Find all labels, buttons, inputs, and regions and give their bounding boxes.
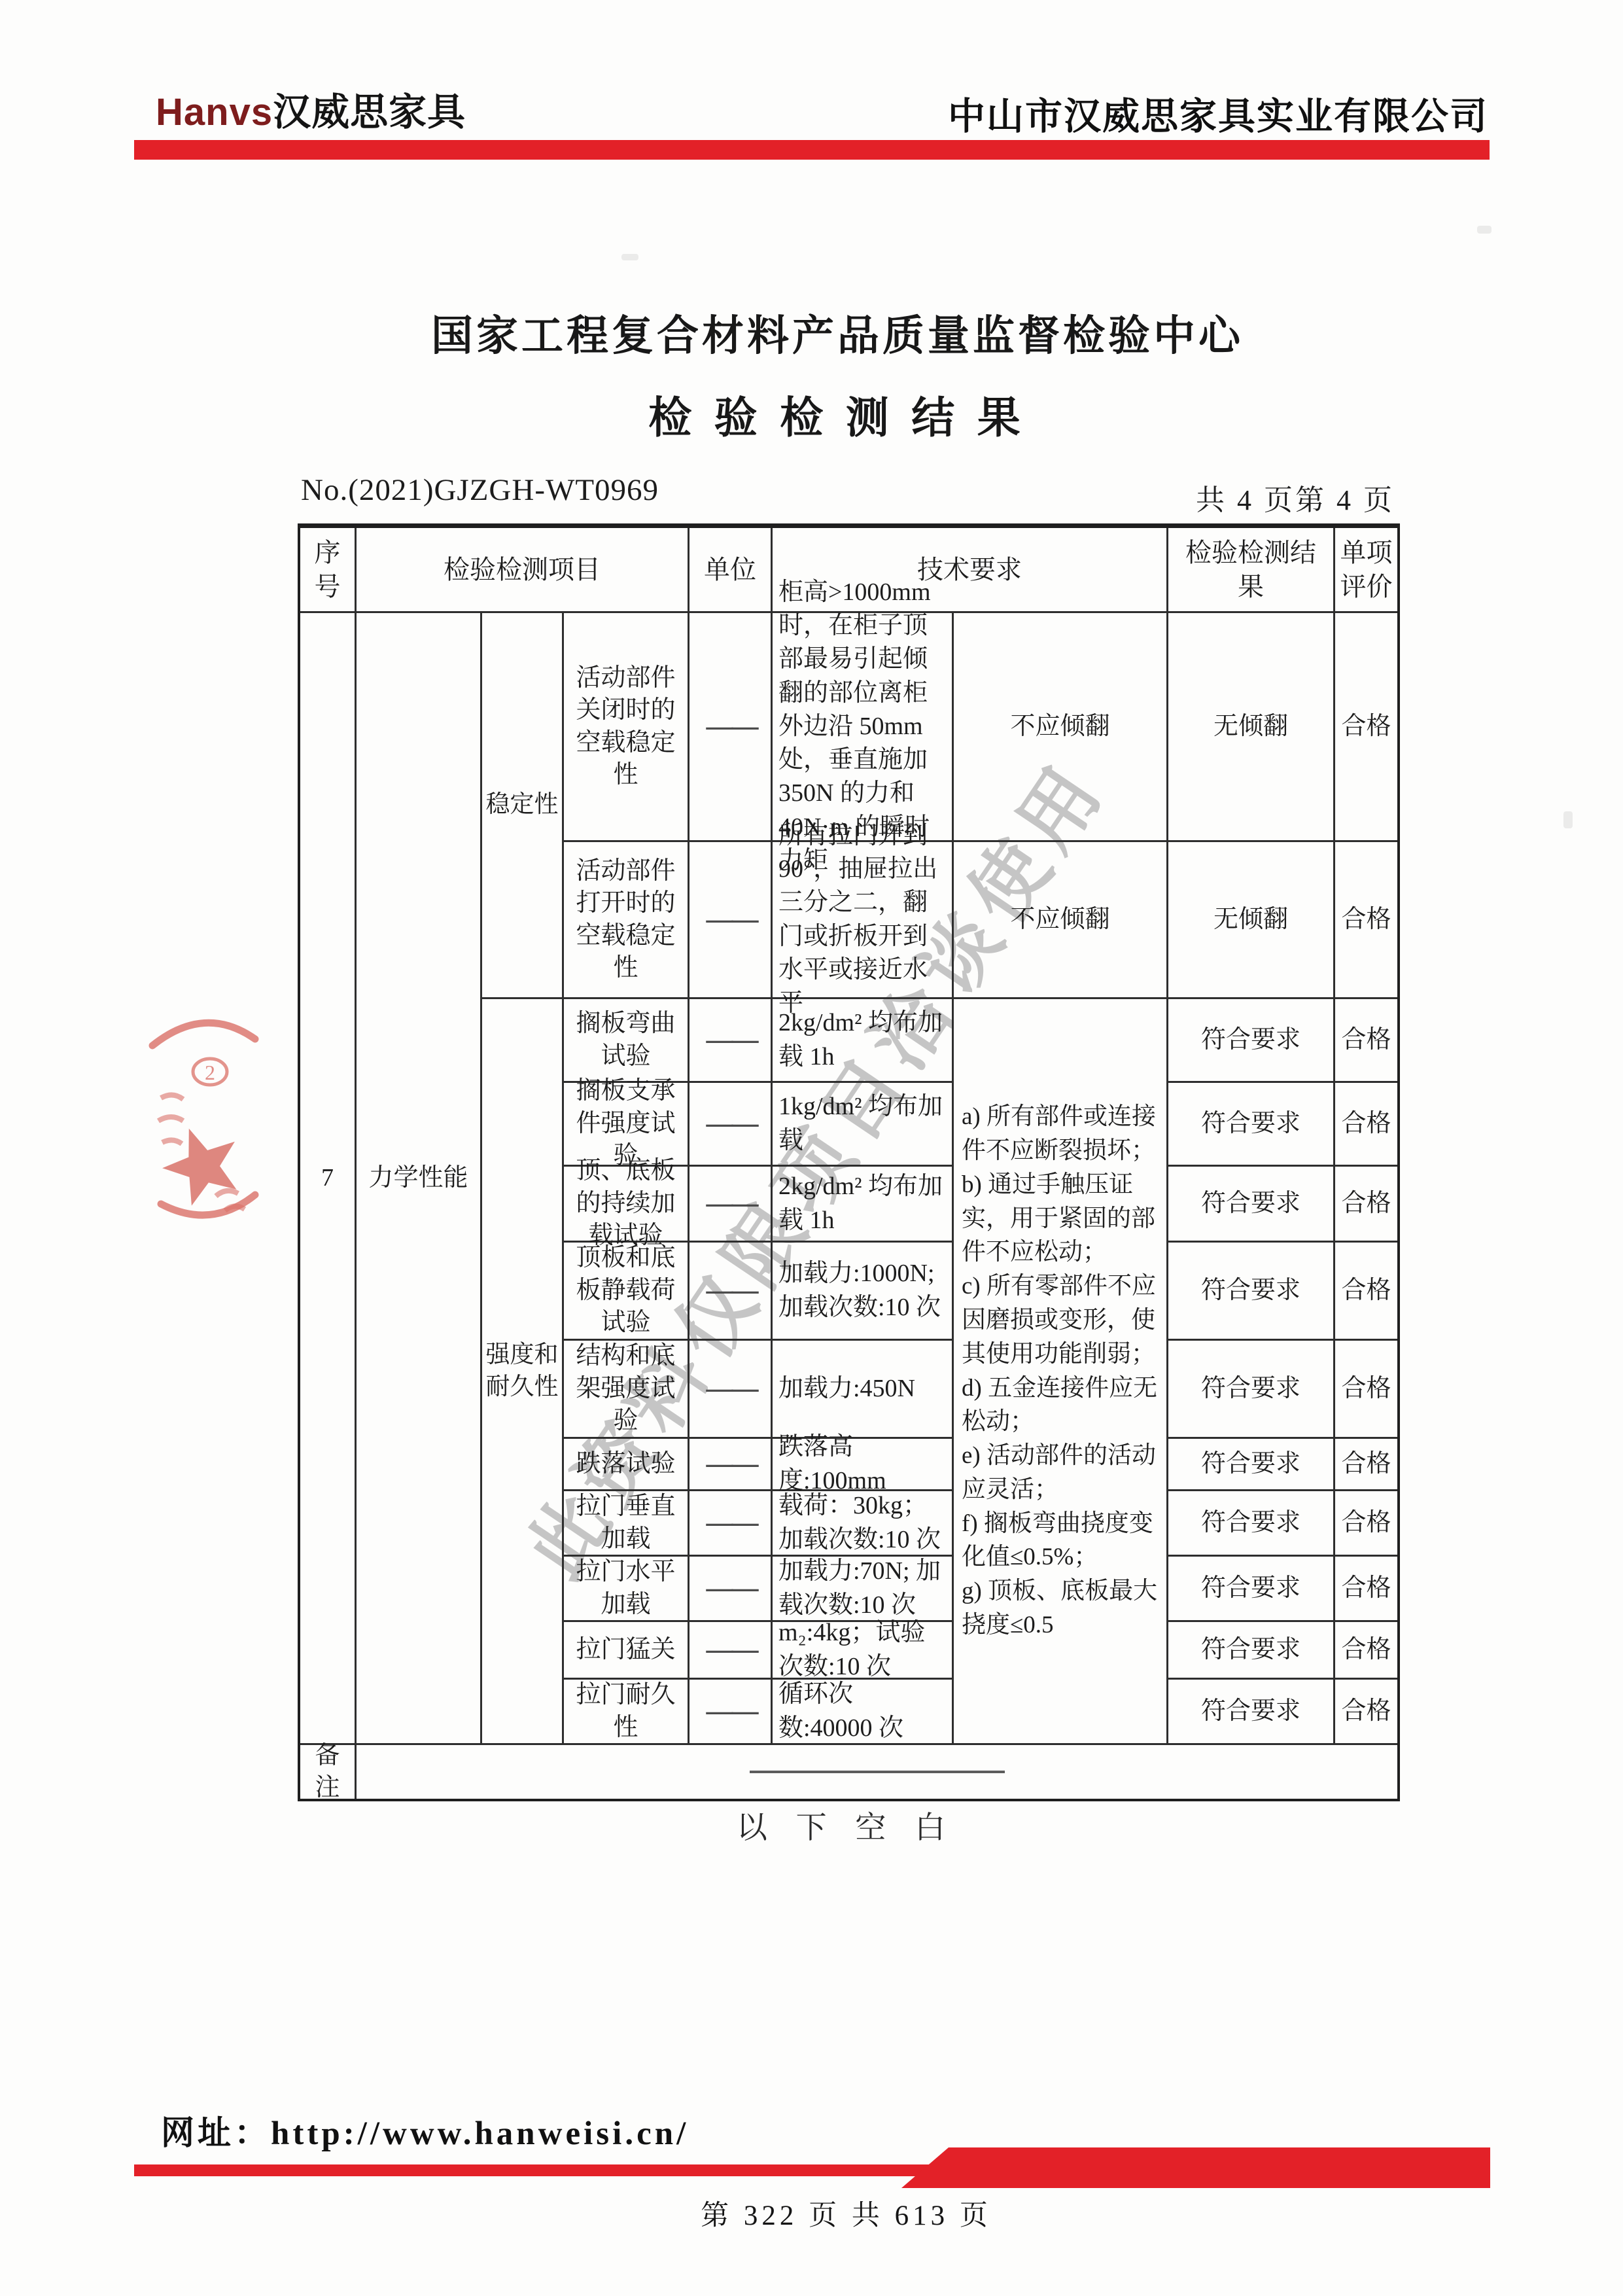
table-row-item: 拉门猛关 bbox=[564, 1622, 689, 1680]
table-row-evaluation: 合格 bbox=[1335, 1341, 1397, 1439]
result-title: 检 验 检 测 结 果 bbox=[327, 383, 1348, 445]
logo-latin-text: Hanvs bbox=[156, 91, 273, 133]
unit-dash: —— bbox=[689, 1622, 773, 1680]
table-row-spec: 加载力:1000N; 加载次数:10 次 bbox=[773, 1243, 954, 1341]
table-row-evaluation: 合格 bbox=[1335, 999, 1397, 1083]
unit-dash: —— bbox=[689, 1439, 773, 1491]
footer-red-ribbon bbox=[901, 2147, 1490, 2188]
table-row-result: 符合要求 bbox=[1168, 1167, 1335, 1243]
table-row-spec: 柜高>1000mm 时，在柜子顶部最易引起倾翻的部位离柜外边沿 50mm 处，垂… bbox=[773, 613, 954, 842]
table-row-spec: 跌落高度:100mm bbox=[773, 1439, 954, 1491]
table-row-result: 符合要求 bbox=[1168, 1341, 1335, 1439]
group-strength-cell: 强度和耐久性 bbox=[482, 999, 564, 1745]
blank-below-note: 以 下 空 白 bbox=[298, 1803, 1395, 1847]
red-seal-stamp: 2 bbox=[143, 1000, 264, 1229]
table-row-result: 符合要求 bbox=[1168, 1622, 1335, 1680]
table-row-item: 跌落试验 bbox=[564, 1439, 689, 1491]
footer-red-line bbox=[134, 2164, 952, 2176]
table-row-spec: 载荷：30kg；加载次数:10 次 bbox=[773, 1491, 954, 1557]
unit-dash: —— bbox=[689, 1491, 773, 1557]
dash-glyph: —— bbox=[705, 1445, 756, 1484]
table-row-item: 搁板弯曲试验 bbox=[564, 999, 689, 1083]
table-row-evaluation: 合格 bbox=[1335, 1491, 1397, 1557]
scan-smudge bbox=[1477, 226, 1492, 234]
col-header-evaluation: 单项评价 bbox=[1335, 528, 1397, 613]
table-row-item: 活动部件打开时的空载稳定性 bbox=[564, 842, 689, 999]
unit-dash: —— bbox=[689, 1341, 773, 1439]
dash-glyph: —— bbox=[705, 707, 756, 747]
dash-glyph: —— bbox=[705, 1184, 756, 1224]
unit-dash: —— bbox=[689, 842, 773, 999]
col-header-unit: 单位 bbox=[689, 528, 773, 613]
table-row-spec: 循环次数:40000 次 bbox=[773, 1680, 954, 1745]
table-row-evaluation: 合格 bbox=[1335, 1243, 1397, 1341]
col-header-result: 检验检测结果 bbox=[1168, 528, 1335, 613]
table-row-result: 符合要求 bbox=[1168, 1083, 1335, 1167]
logo-cjk-text: 汉威思家具 bbox=[273, 91, 466, 133]
table-row-result: 符合要求 bbox=[1168, 1243, 1335, 1341]
dash-glyph: —— bbox=[705, 900, 756, 940]
unit-dash: —— bbox=[689, 1243, 773, 1341]
unit-dash: —— bbox=[689, 613, 773, 842]
table-row-item: 拉门垂直加载 bbox=[564, 1491, 689, 1557]
table-row-item: 搁板支承件强度试验 bbox=[564, 1083, 689, 1167]
table-row-requirement: 不应倾翻 bbox=[954, 842, 1168, 999]
col-header-item: 检验检测项目 bbox=[357, 528, 689, 613]
table-row-item: 顶、底板的持续加载试验 bbox=[564, 1167, 689, 1243]
brand-header: Hanvs汉威思家具 中山市汉威思家具实业有限公司 bbox=[0, 0, 1623, 140]
center-name-title: 国家工程复合材料产品质量监督检验中心 bbox=[327, 302, 1348, 362]
dash-glyph: —— bbox=[705, 1569, 756, 1608]
page-number-info: 第 322 页 共 613 页 bbox=[298, 2193, 1395, 2233]
table-row-spec: 2kg/dm² 均布加载 1h bbox=[773, 1167, 954, 1243]
table-row-spec: 2kg/dm² 均布加载 1h bbox=[773, 999, 954, 1083]
scan-smudge bbox=[621, 254, 638, 260]
table-row-evaluation: 合格 bbox=[1335, 842, 1397, 999]
dash-glyph: —— bbox=[705, 1504, 756, 1543]
table-row-spec: 加载力:450N bbox=[773, 1341, 954, 1439]
document-page: Hanvs汉威思家具 中山市汉威思家具实业有限公司 国家工程复合材料产品质量监督… bbox=[0, 0, 1623, 2296]
page-count: 共 4 页第 4 页 bbox=[949, 476, 1395, 518]
table-row-evaluation: 合格 bbox=[1335, 1439, 1397, 1491]
col-header-seq: 序号 bbox=[300, 528, 357, 613]
table-row-evaluation: 合格 bbox=[1335, 1083, 1397, 1167]
dash-glyph: —— bbox=[705, 1104, 756, 1144]
stamp-left-glyphs bbox=[158, 1095, 183, 1144]
unit-dash: —— bbox=[689, 1167, 773, 1243]
stamp-bottom-arc bbox=[161, 1195, 255, 1215]
shared-requirement-cell: a) 所有部件或连接件不应断裂损坏； b) 通过手触压证实，用于紧固的部件不应松… bbox=[954, 999, 1168, 1745]
table-row-result: 符合要求 bbox=[1168, 1491, 1335, 1557]
results-table: 序号 检验检测项目 单位 技术要求 检验检测结果 单项评价 7 力学性能 稳定性… bbox=[298, 523, 1400, 1801]
table-row-spec: 所有拉门开到 90°，抽屉拉出三分之二，翻门或折板开到水平或接近水平 bbox=[773, 842, 954, 999]
group-stability-cell: 稳定性 bbox=[482, 613, 564, 999]
table-row-result: 无倾翻 bbox=[1168, 613, 1335, 842]
remark-placeholder-line bbox=[750, 1771, 1005, 1773]
website-url: 网址：http://www.hanweisi.cn/ bbox=[161, 2106, 689, 2154]
table-row-evaluation: 合格 bbox=[1335, 1622, 1397, 1680]
stamp-circled-number: 2 bbox=[205, 1061, 215, 1084]
unit-dash: —— bbox=[689, 1680, 773, 1745]
table-row-item: 结构和底架强度试验 bbox=[564, 1341, 689, 1439]
table-row-evaluation: 合格 bbox=[1335, 1680, 1397, 1745]
category-cell: 力学性能 bbox=[357, 613, 482, 1745]
table-row-evaluation: 合格 bbox=[1335, 1167, 1397, 1243]
dash-glyph: —— bbox=[705, 1021, 756, 1060]
dash-glyph: —— bbox=[705, 1692, 756, 1731]
unit-dash: —— bbox=[689, 999, 773, 1083]
header-red-bar bbox=[134, 140, 1490, 160]
unit-dash: —— bbox=[689, 1557, 773, 1622]
scan-smudge bbox=[1563, 811, 1573, 828]
table-row-requirement: 不应倾翻 bbox=[954, 613, 1168, 842]
table-row-item: 拉门水平加载 bbox=[564, 1557, 689, 1622]
table-row-result: 无倾翻 bbox=[1168, 842, 1335, 999]
dash-glyph: —— bbox=[705, 1631, 756, 1670]
table-row-item: 活动部件关闭时的空载稳定性 bbox=[564, 613, 689, 842]
table-row-evaluation: 合格 bbox=[1335, 1557, 1397, 1622]
table-row-item: 顶板和底板静载荷试验 bbox=[564, 1243, 689, 1341]
table-row-evaluation: 合格 bbox=[1335, 613, 1397, 842]
remark-cell bbox=[357, 1745, 1397, 1799]
unit-dash: —— bbox=[689, 1083, 773, 1167]
seq-cell: 7 bbox=[300, 613, 357, 1745]
company-logo: Hanvs汉威思家具 bbox=[156, 81, 466, 136]
table-row-spec: 1kg/dm² 均布加载 bbox=[773, 1083, 954, 1167]
table-row-result: 符合要求 bbox=[1168, 1557, 1335, 1622]
table-row-result: 符合要求 bbox=[1168, 999, 1335, 1083]
table-row-spec: m₂:4kg；试验次数:10 次 bbox=[773, 1622, 954, 1680]
stamp-top-arc bbox=[152, 1023, 255, 1046]
dash-glyph: —— bbox=[705, 1271, 756, 1311]
dash-glyph: —— bbox=[705, 1369, 756, 1409]
table-row-spec: 加载力:70N; 加载次数:10 次 bbox=[773, 1557, 954, 1622]
report-number: No.(2021)GJZGH-WT0969 bbox=[301, 472, 659, 508]
table-row-item: 拉门耐久性 bbox=[564, 1680, 689, 1745]
remark-label: 备注 bbox=[300, 1745, 357, 1799]
company-name: 中山市汉威思家具实业有限公司 bbox=[948, 86, 1488, 140]
table-row-result: 符合要求 bbox=[1168, 1439, 1335, 1491]
table-row-result: 符合要求 bbox=[1168, 1680, 1335, 1745]
